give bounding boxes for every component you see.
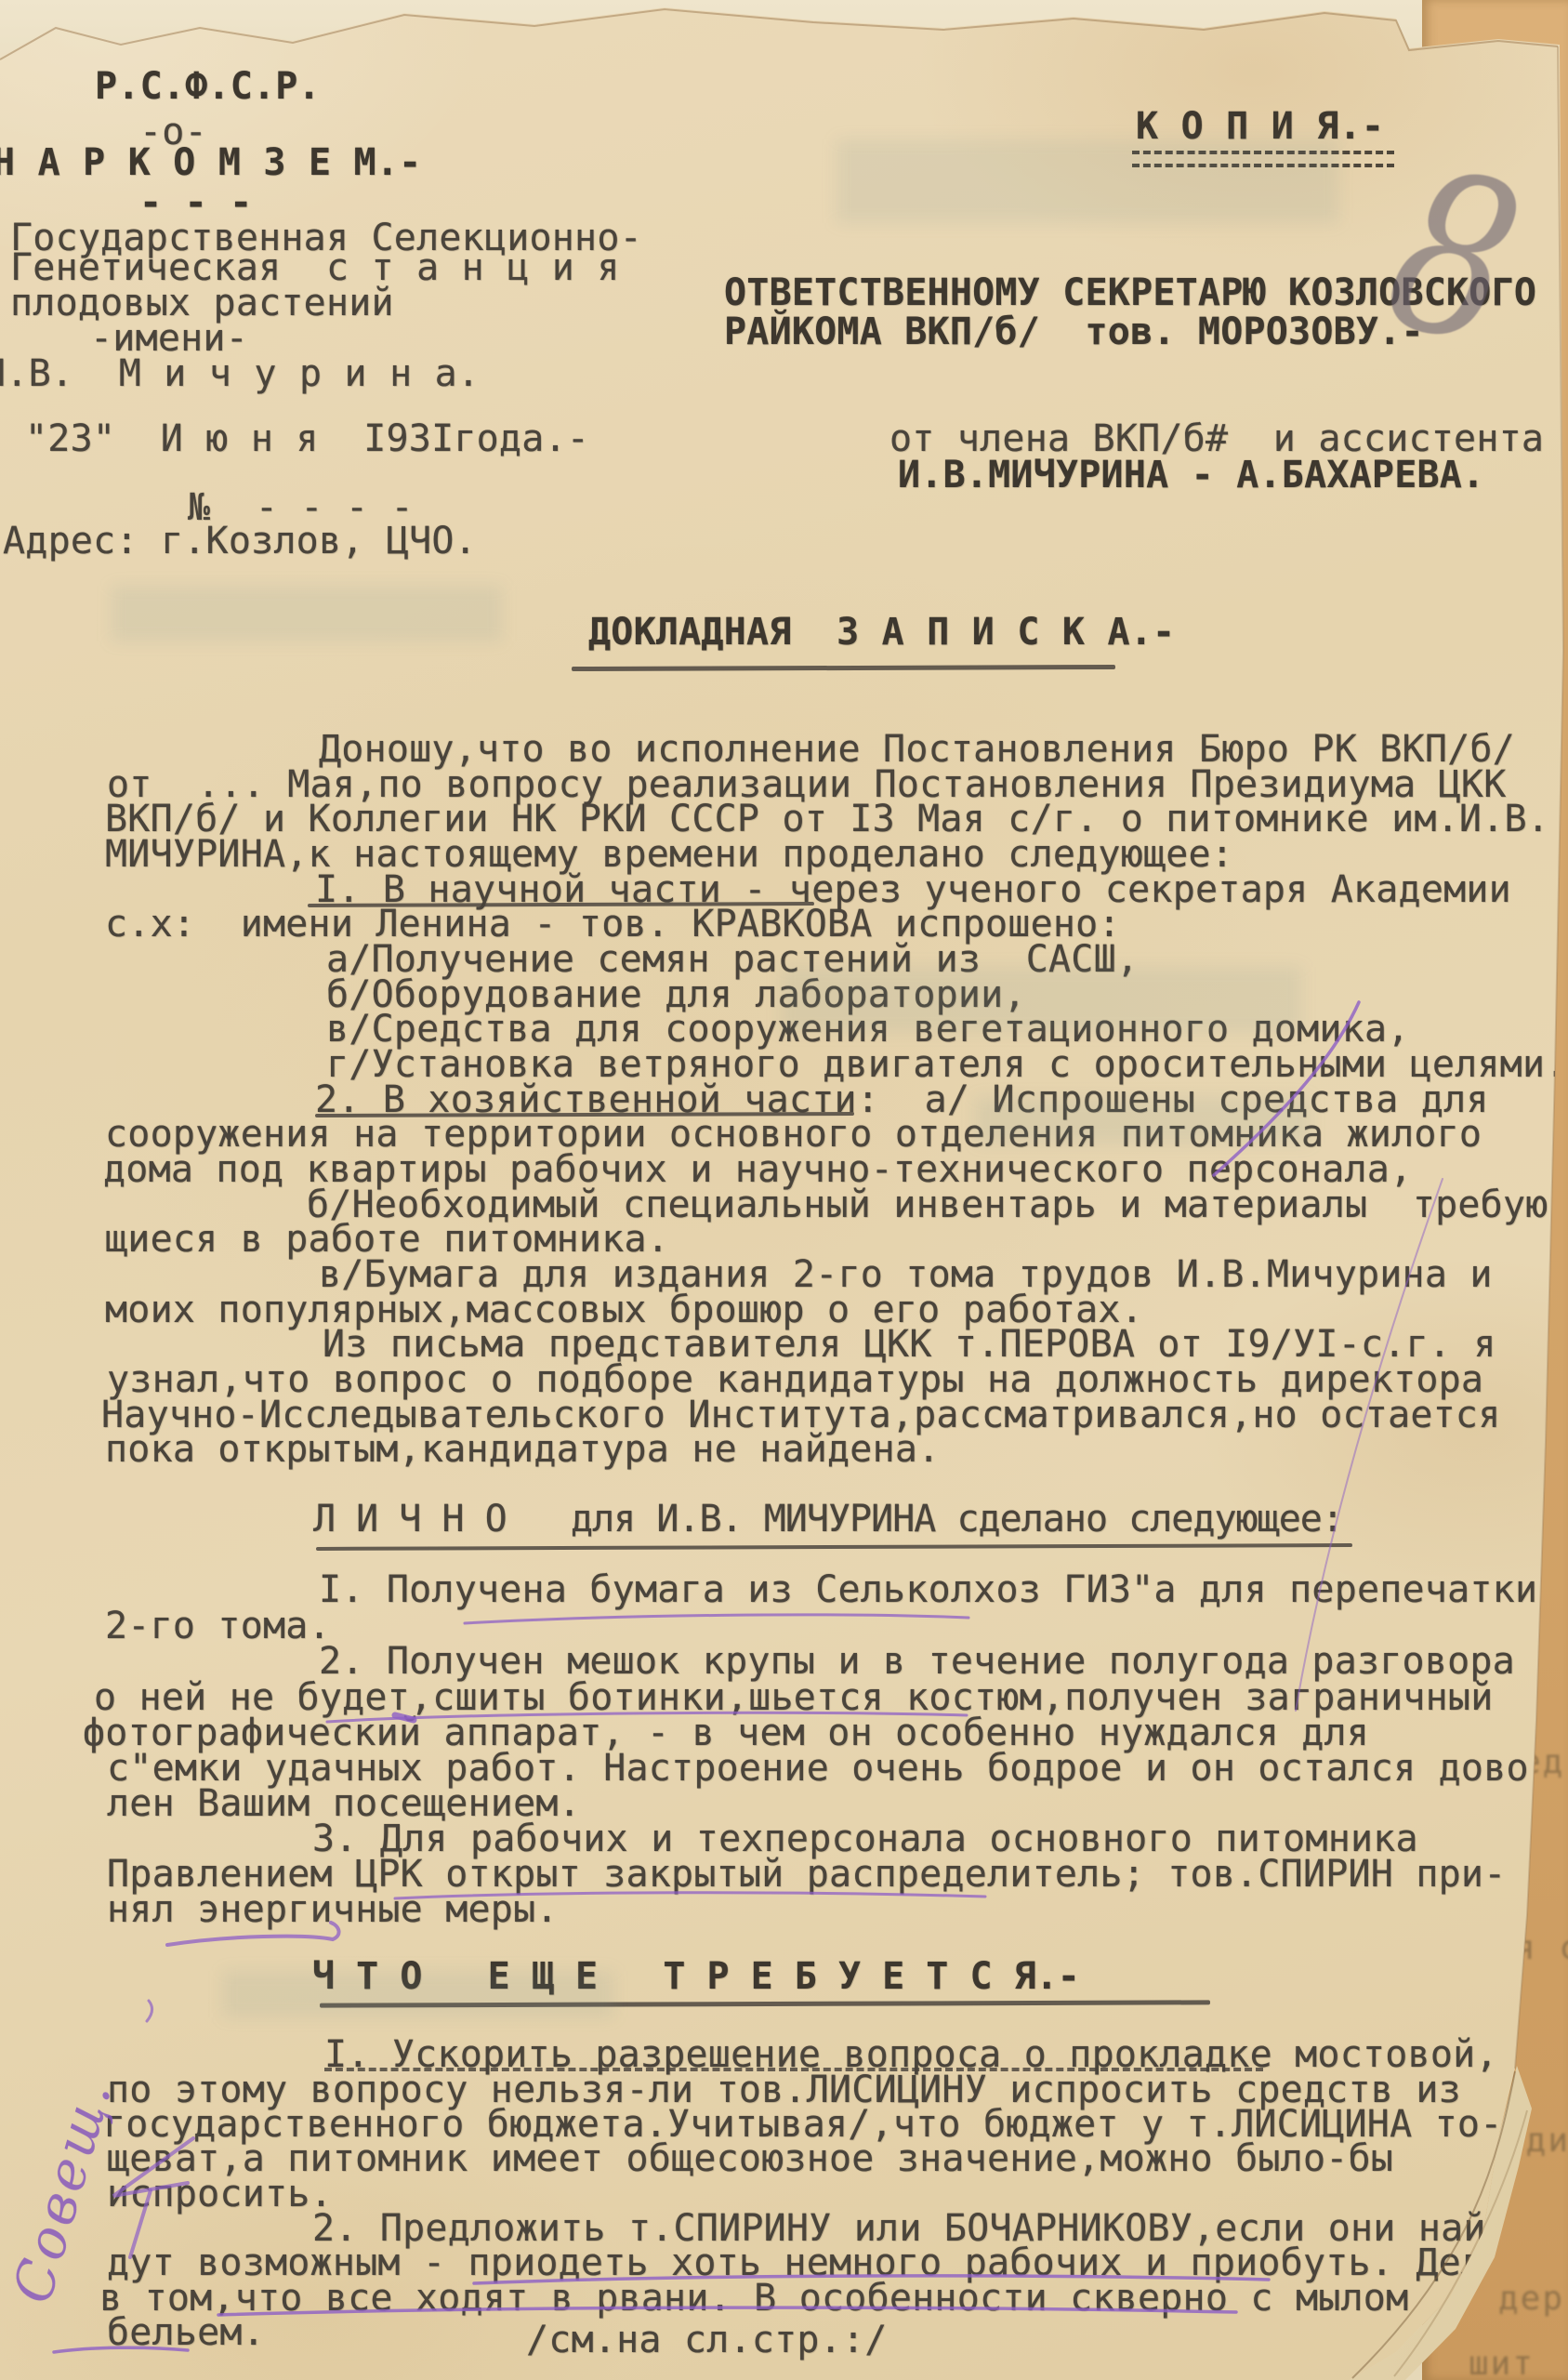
scanned-document: ед я с еди дер шит Р.С.Ф.С.Р. -о- Н А Р … xyxy=(0,0,1568,2380)
underpage-text-fragment: шит xyxy=(1469,2345,1535,2380)
section-underline xyxy=(316,1543,1352,1551)
body-line: Правлением ЦРК открыт закрытый распредел… xyxy=(107,1856,1507,1893)
show-through-smudge xyxy=(223,1971,613,2017)
body-line: Из письма представителя ЦКК т.ПЕРОВА от … xyxy=(323,1326,1496,1363)
body-line: узнал,что вопрос о подборе кандидатуры н… xyxy=(107,1361,1483,1398)
sender-line: от члена ВКП/б# и ассистента xyxy=(889,420,1544,457)
letterhead-org-line: Генетическая с т а н ц и я xyxy=(10,249,620,286)
document-title: ДОКЛАДНАЯ З А П И С К А.- xyxy=(588,614,1175,651)
letterhead-divider: - - - xyxy=(139,184,252,221)
show-through-smudge xyxy=(112,586,502,641)
body-line: с"емки удачных работ. Настроение очень б… xyxy=(107,1750,1551,1787)
body-line: щиеся в работе питомника. xyxy=(105,1221,669,1258)
body-line: Доношу,что во исполнение Постановления Б… xyxy=(319,731,1515,768)
body-line: пока открытым,кандидатура не найдена. xyxy=(105,1431,940,1468)
document-page: Р.С.Ф.С.Р. -о- Н А Р К О М З Е М.- - - -… xyxy=(0,0,1568,2380)
body-line: с.х: имени Ленина - тов. КРАВКОВА испрош… xyxy=(105,906,1121,943)
underpage-text-fragment: дер xyxy=(1498,2280,1564,2318)
body-line: бельем. xyxy=(107,2314,265,2351)
body-line: I. Получена бумага из Сельколхоз ГИЗ"а д… xyxy=(319,1571,1537,1608)
letterhead-date: "23" И ю н я I93Iгода.- xyxy=(25,420,589,457)
continuation-note: /см.на сл.стр.:/ xyxy=(526,2321,888,2359)
body-line: в/Бумага для издания 2-го тома трудов И.… xyxy=(319,1256,1493,1293)
letterhead-agency: Н А Р К О М З Е М.- xyxy=(0,144,421,181)
sender-line: И.В.МИЧУРИНА - А.БАХАРЕВА. xyxy=(898,456,1484,494)
letterhead-org-line: плодовых растений xyxy=(10,284,394,322)
show-through-smudge xyxy=(781,967,1301,1032)
body-line: фотографический аппарат, - в чем он особ… xyxy=(83,1714,1369,1752)
body-line: ВКП/б/ и Коллегии НК РКИ СССР от I3 Мая … xyxy=(105,800,1549,838)
body-line: нял энергичные меры. xyxy=(107,1891,559,1928)
body-line: в том,что все ходят в рвани. В особеннос… xyxy=(99,2280,1408,2317)
title-underline xyxy=(572,665,1115,671)
addressee-line: РАЙКОМА ВКП/б/ тов. МОРОЗОВУ.- xyxy=(724,313,1424,350)
body-line: 2. Получен мешок крупы и в течение полуг… xyxy=(319,1643,1515,1680)
body-line: дома под квартиры рабочих и научно-техни… xyxy=(103,1151,1412,1188)
letterhead-address: Адрес: г.Козлов, ЦЧО. xyxy=(3,522,477,560)
body-line: 2-го тома. xyxy=(105,1607,331,1645)
letterhead-org-line: -имени- xyxy=(90,320,248,357)
letterhead-org-line: И.В. М и ч у р и н а. xyxy=(0,355,480,392)
body-line: щеват,а питомник имеет общесоюзное значе… xyxy=(107,2140,1393,2177)
letterhead-country: Р.С.Ф.С.Р. xyxy=(95,68,321,105)
body-line: испросить. xyxy=(107,2175,333,2213)
body-line: о ней не будет,сшиты ботинки,шьется кост… xyxy=(94,1679,1494,1716)
body-line: г/Установка ветряного двигателя с оросит… xyxy=(326,1046,1568,1083)
section-heading: Л И Ч Н О для И.В. МИЧУРИНА сделано след… xyxy=(313,1501,1343,1538)
show-through-smudge xyxy=(976,1097,1311,1144)
underpage-text-fragment: еди xyxy=(1504,2122,1568,2160)
body-line: лен Вашим посещением. xyxy=(107,1785,581,1822)
body-line: 3. Для рабочих и техперсонала основного … xyxy=(312,1820,1418,1858)
show-through-smudge xyxy=(837,139,1338,223)
body-line: дут возможным - приодеть хоть немного ра… xyxy=(107,2244,1507,2281)
body-line: МИЧУРИНА,к настоящему времени проделано … xyxy=(105,836,1233,873)
